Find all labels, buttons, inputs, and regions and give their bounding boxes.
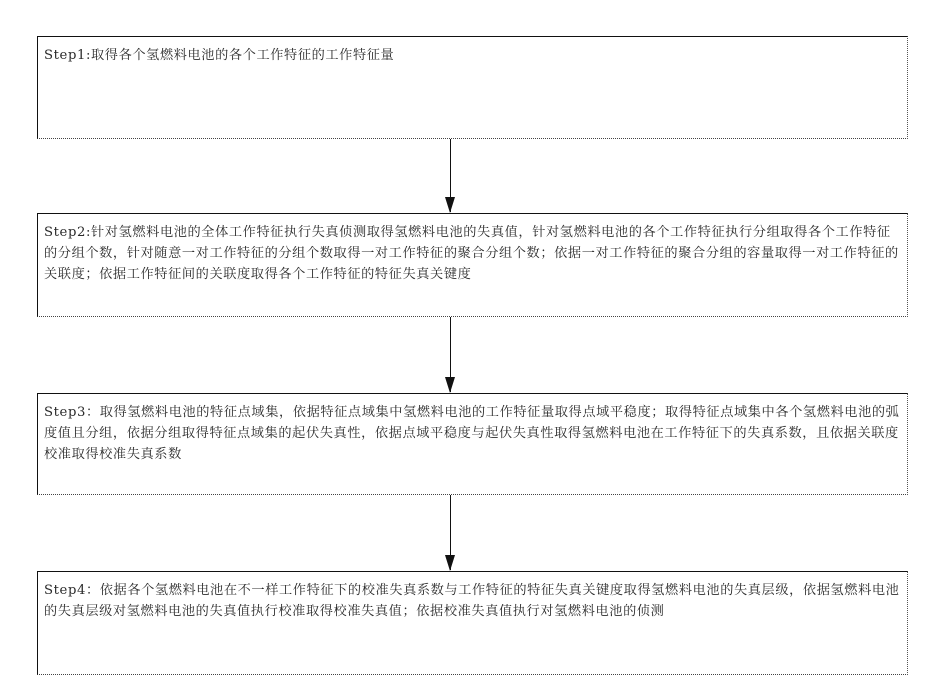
- arrow-step2-to-step3: [450, 317, 451, 392]
- arrow-down-icon: [445, 377, 455, 393]
- arrow-step1-to-step2: [450, 139, 451, 212]
- arrow-down-icon: [445, 555, 455, 571]
- step4-text: Step4：依据各个氢燃料电池在不一样工作特征下的校准失真系数与工作特征的特征失…: [44, 580, 901, 622]
- step3-box: Step3：取得氢燃料电池的特征点域集，依据特征点域集中氢燃料电池的工作特征量取…: [37, 393, 908, 495]
- step2-box: Step2:针对氢燃料电池的全体工作特征执行失真侦测取得氢燃料电池的失真值，针对…: [37, 213, 908, 317]
- step1-text: Step1:取得各个氢燃料电池的各个工作特征的工作特征量: [44, 45, 901, 66]
- step1-box: Step1:取得各个氢燃料电池的各个工作特征的工作特征量: [37, 36, 908, 139]
- arrow-step3-to-step4: [450, 495, 451, 570]
- arrow-down-icon: [445, 197, 455, 213]
- step3-text: Step3：取得氢燃料电池的特征点域集，依据特征点域集中氢燃料电池的工作特征量取…: [44, 402, 901, 465]
- step4-box: Step4：依据各个氢燃料电池在不一样工作特征下的校准失真系数与工作特征的特征失…: [37, 571, 908, 675]
- step2-text: Step2:针对氢燃料电池的全体工作特征执行失真侦测取得氢燃料电池的失真值，针对…: [44, 222, 901, 285]
